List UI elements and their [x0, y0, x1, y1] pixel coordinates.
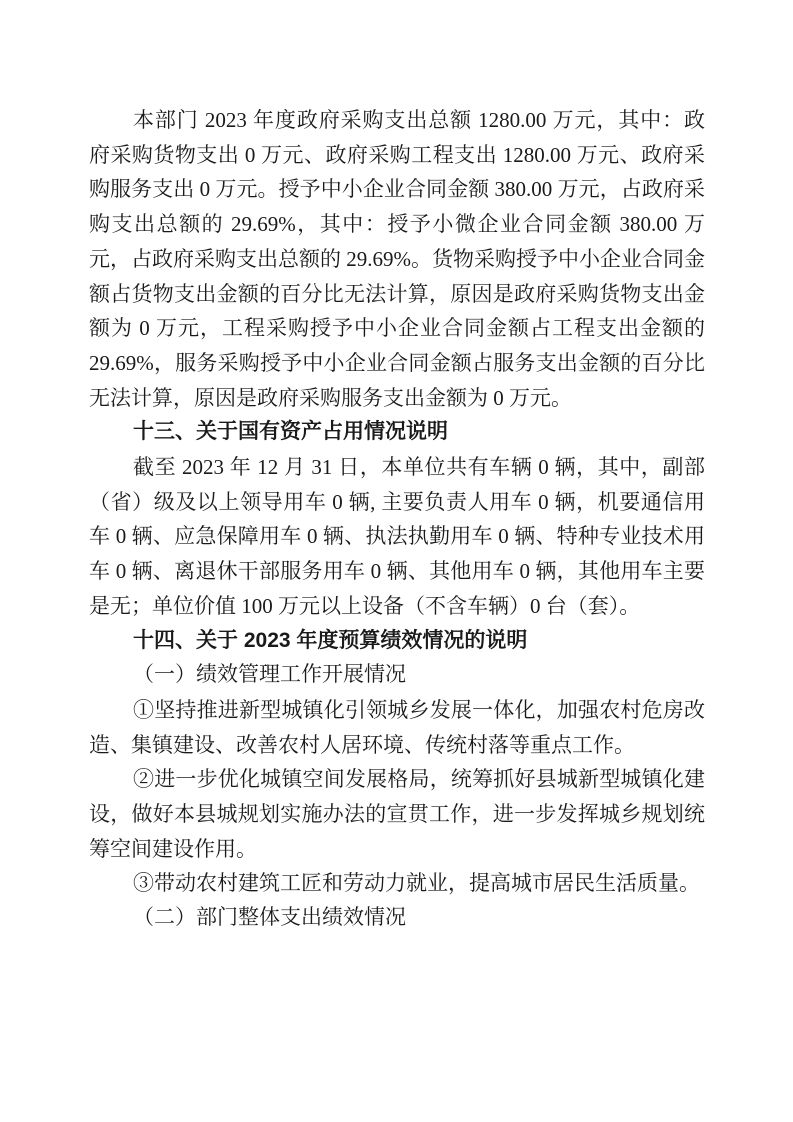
paragraph-measure-1-urbanization: ①坚持推进新型城镇化引领城乡发展一体化，加强农村危房改造、集镇建设、改善农村人居…	[89, 693, 705, 762]
heading-sub-1-performance-management: （一）绩效管理工作开展情况	[89, 658, 705, 693]
document-body: 本部门 2023 年度政府采购支出总额 1280.00 万元，其中：政府采购货物…	[89, 103, 705, 936]
heading-sub-2-department-expenditure-performance: （二）部门整体支出绩效情况	[89, 901, 705, 936]
paragraph-state-assets-occupancy: 截至 2023 年 12 月 31 日，本单位共有车辆 0 辆，其中，副部（省）…	[89, 450, 705, 624]
paragraph-government-procurement: 本部门 2023 年度政府采购支出总额 1280.00 万元，其中：政府采购货物…	[89, 103, 705, 415]
paragraph-measure-2-spatial-planning: ②进一步优化城镇空间发展格局，统筹抓好县城新型城镇化建设，做好本县城规划实施办法…	[89, 762, 705, 866]
heading-section-14-budget-performance: 十四、关于 2023 年度预算绩效情况的说明	[89, 624, 705, 659]
heading-section-13-state-assets: 十三、关于国有资产占用情况说明	[89, 415, 705, 450]
paragraph-measure-3-rural-employment: ③带动农村建筑工匠和劳动力就业，提高城市居民生活质量。	[89, 866, 705, 901]
document-page: 本部门 2023 年度政府采购支出总额 1280.00 万元，其中：政府采购货物…	[0, 0, 793, 1122]
